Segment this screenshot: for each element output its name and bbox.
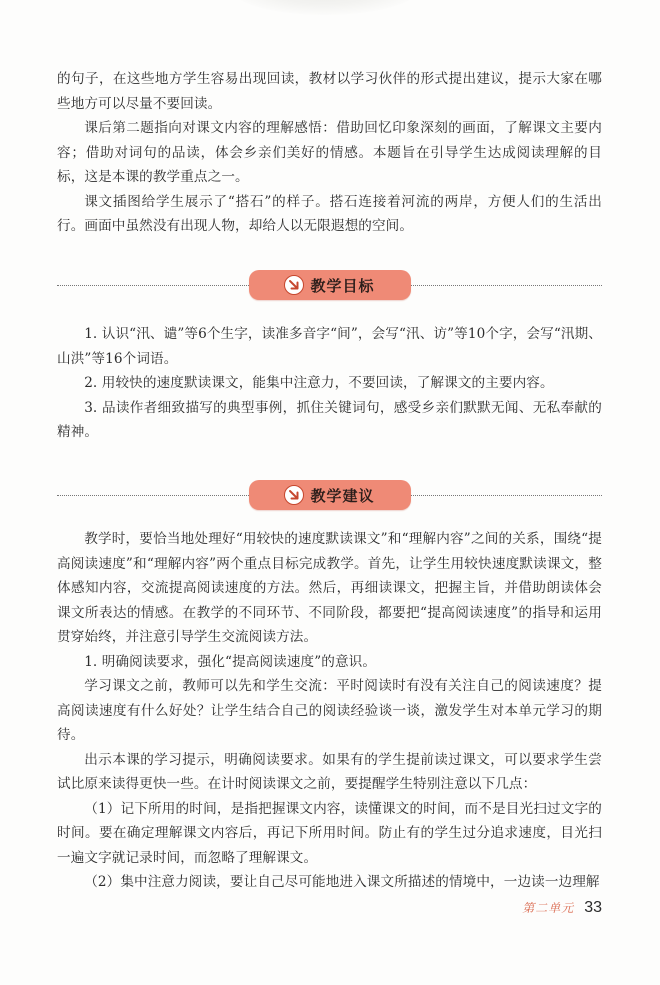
objective-item: 2. 用较快的速度默读课文，能集中注意力，不要回读，了解课文的主要内容。 — [57, 371, 602, 396]
paragraph: （1）记下所用的时间，是指把握课文内容，读懂课文的时间，而不是目光扫过文字的时间… — [57, 797, 602, 871]
paragraph: 课文插图给学生展示了“搭石”的样子。搭石连接着河流的两岸，方便人们的生活出行。画… — [57, 190, 602, 239]
arrow-down-right-circle-icon — [284, 275, 304, 295]
paragraph: 教学时，要恰当地处理好“用较快的速度默读课文”和“理解内容”之间的关系，围绕“提… — [57, 527, 602, 650]
unit-label: 第二单元 — [522, 899, 574, 916]
teaching-objectives-list: 1. 认识“汛、谴”等6个生字，读准多音字“间”，会写“汛、访”等10个字，会写… — [57, 322, 602, 445]
objective-item: 1. 认识“汛、谴”等6个生字，读准多音字“间”，会写“汛、访”等10个字，会写… — [57, 322, 602, 371]
dotted-divider — [411, 285, 603, 286]
teaching-suggestions-text: 教学时，要恰当地处理好“用较快的速度默读课文”和“理解内容”之间的关系，围绕“提… — [57, 527, 602, 895]
dotted-divider — [411, 495, 603, 496]
intro-text: 的句子，在这些地方学生容易出现回读，教材以学习伙伴的形式提出建议，提示大家在哪些… — [57, 67, 602, 239]
section-title-pill: 教学目标 — [249, 270, 411, 300]
section-title: 教学建议 — [310, 485, 374, 506]
page-footer: 第二单元 33 — [522, 899, 602, 917]
paragraph: 的句子，在这些地方学生容易出现回读，教材以学习伙伴的形式提出建议，提示大家在哪些… — [57, 67, 602, 116]
page-number: 33 — [584, 899, 602, 917]
paragraph: 课后第二题指向对课文内容的理解感悟：借助回忆印象深刻的画面，了解课文主要内容；借… — [57, 116, 602, 190]
paragraph: 出示本课的学习提示，明确阅读要求。如果有的学生提前读过课文，可以要求学生尝试比原… — [57, 748, 602, 797]
objective-item: 3. 品读作者细致描写的典型事例，抓住关键词句，感受乡亲们默默无闻、无私奉献的精… — [57, 396, 602, 445]
section-header-teaching-objectives: 教学目标 — [57, 270, 602, 300]
arrow-down-right-circle-icon — [284, 485, 304, 505]
dotted-divider — [57, 285, 249, 286]
section-title: 教学目标 — [310, 275, 374, 296]
paragraph: （2）集中注意力阅读，要让自己尽可能地进入课文所描述的情境中，一边读一边理解 — [57, 870, 602, 895]
paragraph: 学习课文之前，教师可以先和学生交流：平时阅读时有没有关注自己的阅读速度？提高阅读… — [57, 674, 602, 748]
section-header-teaching-suggestions: 教学建议 — [57, 480, 602, 510]
paragraph: 1. 明确阅读要求，强化“提高阅读速度”的意识。 — [57, 650, 602, 675]
dotted-divider — [57, 495, 249, 496]
top-illustration-fragment — [230, 0, 420, 15]
section-title-pill: 教学建议 — [249, 480, 411, 510]
